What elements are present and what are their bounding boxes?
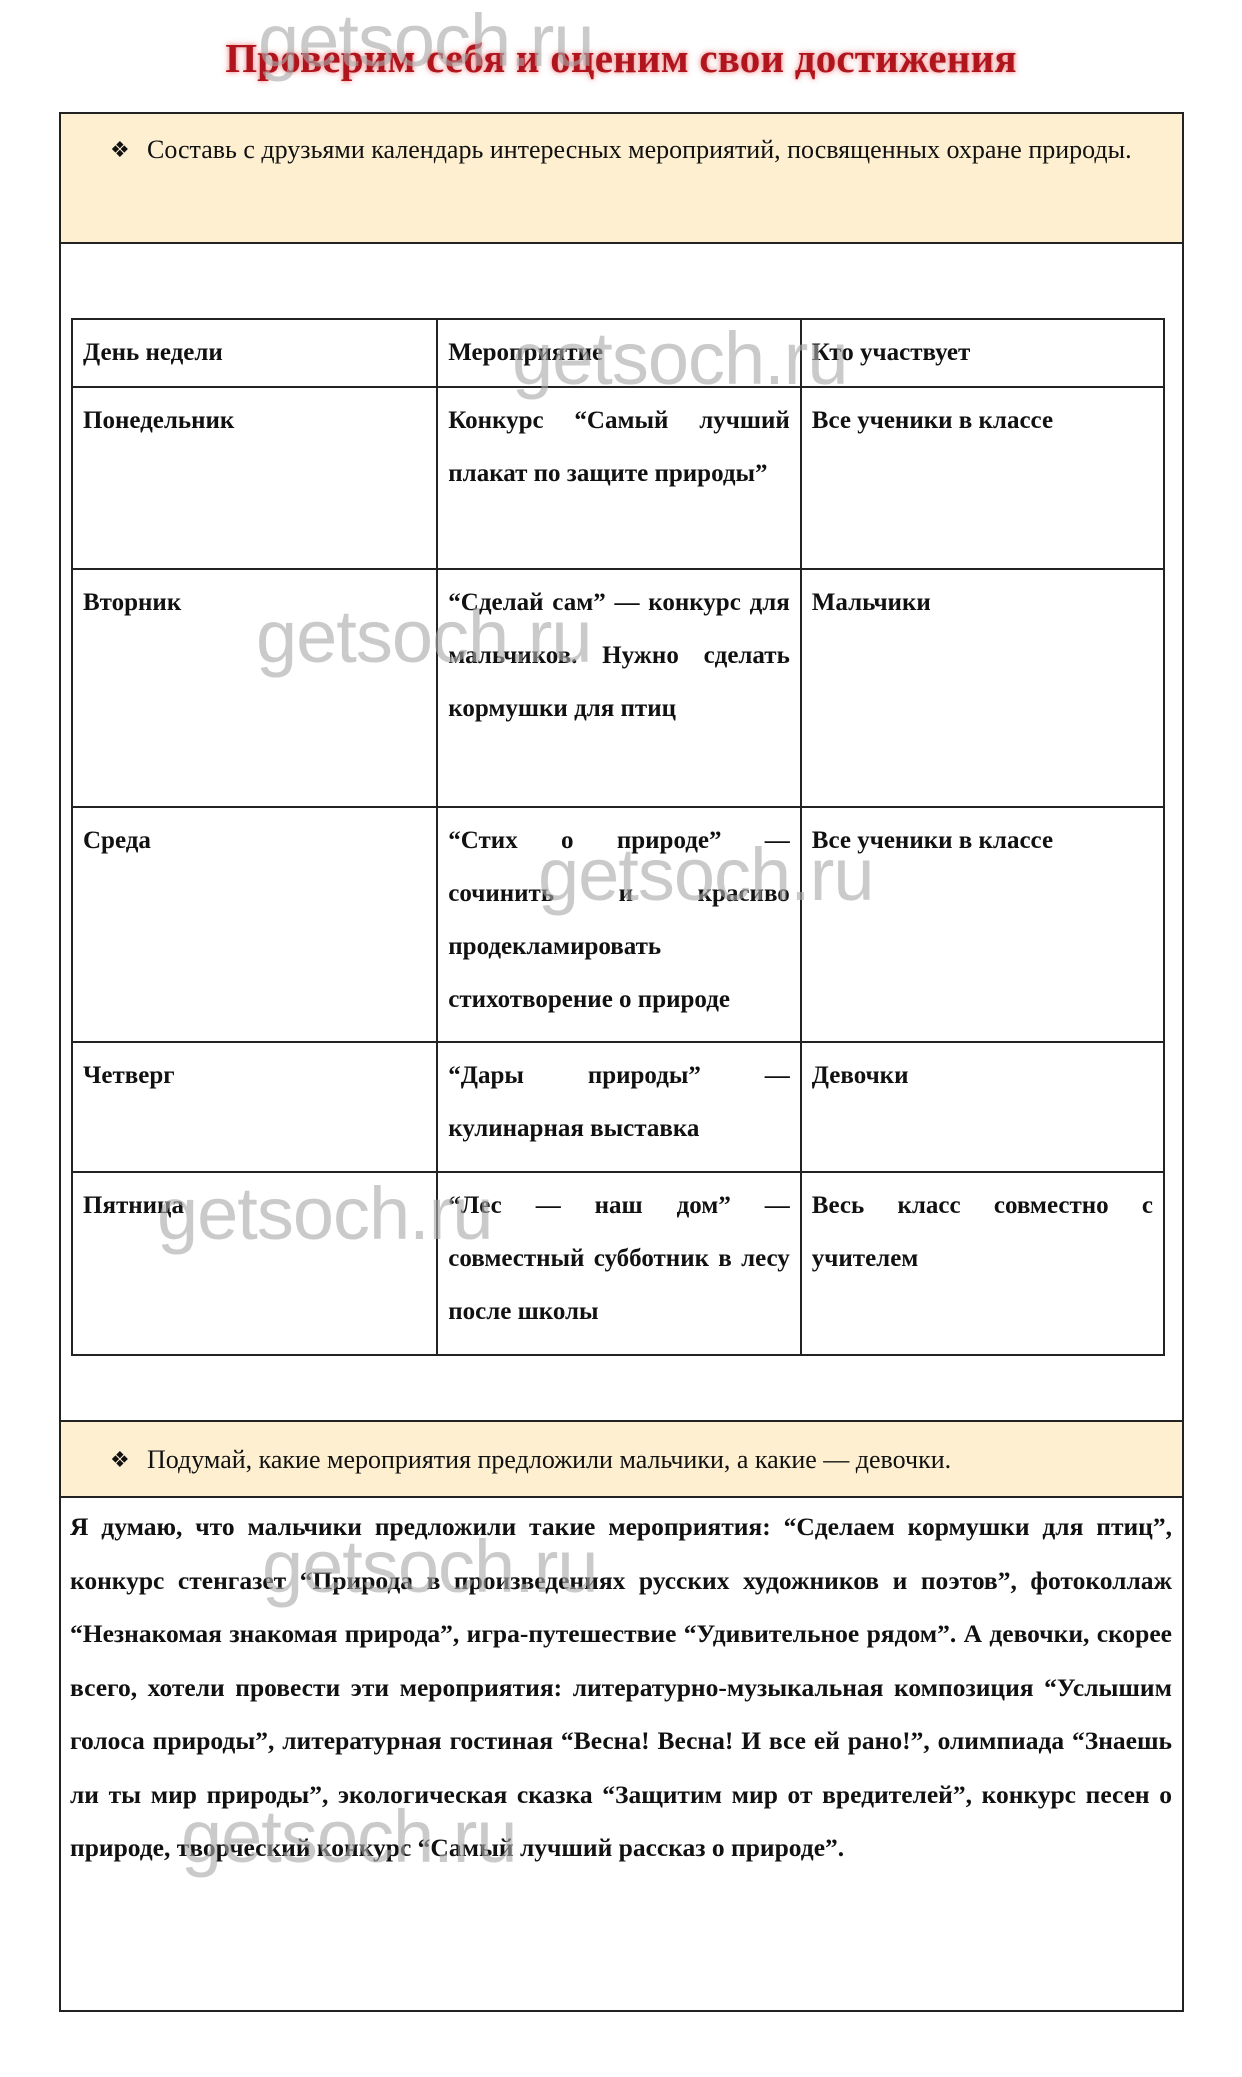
header-day: День недели xyxy=(72,319,437,387)
cell-event: Конкурс “Самый лучший плакат по защите п… xyxy=(437,387,801,569)
table-row: Понедельник Конкурс “Самый лучший плакат… xyxy=(72,387,1164,569)
cell-event: “Лес — наш дом” — совместный субботник в… xyxy=(437,1172,801,1355)
task-1-text: Составь с друзьями календарь интересных … xyxy=(147,124,1170,176)
cell-participants: Весь класс совместно с учителем xyxy=(801,1172,1164,1355)
cell-participants: Все ученики в классе xyxy=(801,807,1164,1042)
page-title: Проверим себя и оценим свои достижения xyxy=(0,30,1242,86)
table-header-row: День недели Мероприятие Кто участвует xyxy=(72,319,1164,387)
calendar-table: День недели Мероприятие Кто участвует По… xyxy=(71,318,1165,1356)
table-row: Пятница “Лес — наш дом” — совместный суб… xyxy=(72,1172,1164,1355)
diamond-bullet-icon: ❖ xyxy=(110,1434,130,1486)
table-row: Среда “Стих о природе” — сочинить и крас… xyxy=(72,807,1164,1042)
task-2-band: ❖ Подумай, какие мероприятия предложили … xyxy=(61,1420,1182,1498)
cell-event: “Сделай сам” — конкурс для мальчиков. Ну… xyxy=(437,569,801,807)
diamond-bullet-icon: ❖ xyxy=(110,124,130,176)
cell-participants: Все ученики в классе xyxy=(801,387,1164,569)
cell-day: Понедельник xyxy=(72,387,437,569)
answer-paragraph: Я думаю, что мальчики предложили такие м… xyxy=(70,1500,1172,1875)
header-event: Мероприятие xyxy=(437,319,801,387)
cell-day: Среда xyxy=(72,807,437,1042)
cell-event: “Дары природы” — кулинарная выставка xyxy=(437,1042,801,1172)
cell-event: “Стих о природе” — сочинить и красиво пр… xyxy=(437,807,801,1042)
cell-day: Четверг xyxy=(72,1042,437,1172)
cell-participants: Девочки xyxy=(801,1042,1164,1172)
task-1-band: ❖ Составь с друзьями календарь интересны… xyxy=(61,114,1182,244)
table-row: Вторник “Сделай сам” — конкурс для мальч… xyxy=(72,569,1164,807)
cell-day: Пятница xyxy=(72,1172,437,1355)
cell-participants: Мальчики xyxy=(801,569,1164,807)
task-2-text: Подумай, какие мероприятия предложили ма… xyxy=(147,1434,1170,1486)
cell-day: Вторник xyxy=(72,569,437,807)
table-row: Четверг “Дары природы” — кулинарная выст… xyxy=(72,1042,1164,1172)
header-participants: Кто участвует xyxy=(801,319,1164,387)
